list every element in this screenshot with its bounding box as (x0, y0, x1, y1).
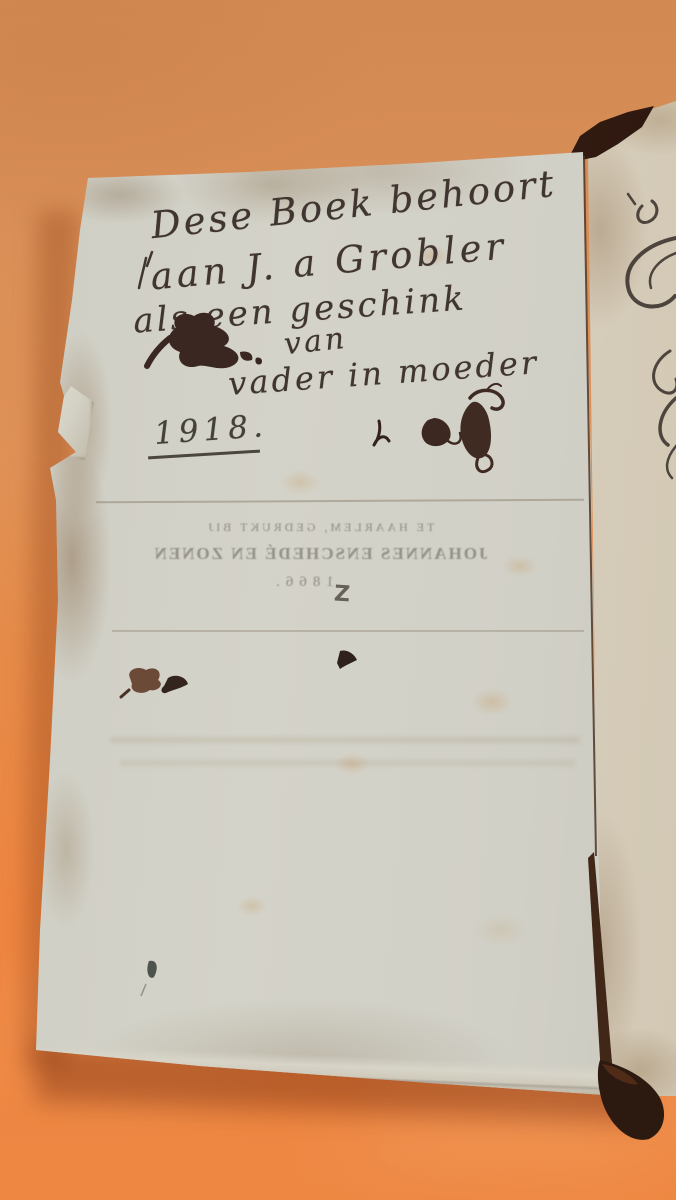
inscription-line-4: van (282, 321, 348, 362)
photo-book-on-fabric: TE HAARLEM, GEDRUKT BIJ JOHANNES ENSCHED… (0, 0, 676, 1200)
imprint-line-year: 1866. (82, 574, 522, 591)
imprint-line-place: TE HAARLEM, GEDRUKT BIJ (100, 520, 540, 535)
show-through-band (110, 737, 580, 743)
show-through-rule (96, 499, 584, 503)
flyleaf-page: TE HAARLEM, GEDRUKT BIJ JOHANNES ENSCHED… (0, 0, 676, 1200)
imprint-line-printer: JOHANNES ENSCHEDÉ EN ZONEN (100, 544, 540, 564)
show-through-imprint: TE HAARLEM, GEDRUKT BIJ JOHANNES ENSCHED… (100, 520, 540, 591)
inscription-line-5: vader in moeder (227, 343, 540, 403)
pencil-mark: Z (333, 581, 351, 607)
inscription-year: 1918. (153, 408, 269, 452)
show-through-band (120, 760, 575, 766)
show-through-rule (112, 630, 584, 632)
